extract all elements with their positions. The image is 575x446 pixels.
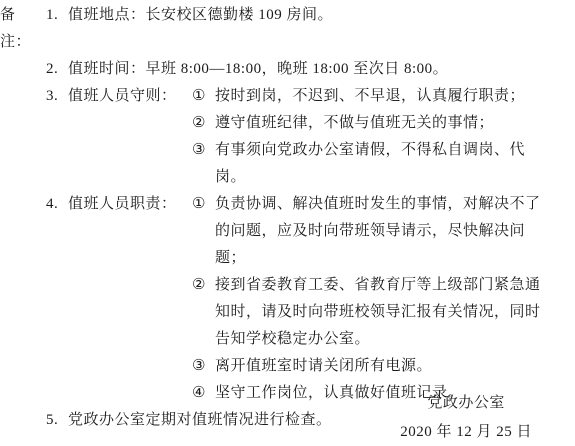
item-label: 值班人员守则： xyxy=(68,83,192,110)
subitem: ③ 离开值班室时请关闭所有电源。 xyxy=(192,353,542,380)
list-item: 3. 值班人员守则： ① 按时到岗，不迟到、不早退，认真履行职责； ② 遵守值班… xyxy=(0,83,575,191)
list-item: 4. 值班人员职责： ① 负责协调、解决值班时发生的事情，对解决不了的问题，应及… xyxy=(0,191,575,407)
subitem-text: 离开值班室时请关闭所有电源。 xyxy=(215,353,542,380)
subitem-text: 遵守值班纪律，不做与值班无关的事情； xyxy=(215,110,542,137)
note-label: 备注： xyxy=(0,2,46,56)
signature-block: 党政办公室 2020 年 12 月 25 日 xyxy=(400,389,532,446)
subitem-text: 按时到岗，不迟到、不早退，认真履行职责； xyxy=(215,83,542,110)
item-number: 5. xyxy=(46,407,68,434)
item-number: 4. xyxy=(46,191,68,218)
subitem-list: ① 按时到岗，不迟到、不早退，认真履行职责； ② 遵守值班纪律，不做与值班无关的… xyxy=(192,83,542,191)
item-number: 1. xyxy=(46,2,68,29)
subitem: ② 接到省委教育工委、省教育厅等上级部门紧急通知时，请及时向带班校领导汇报有关情… xyxy=(192,272,542,353)
item-text: 值班时间：早班 8:00—18:00，晚班 18:00 至次日 8:00。 xyxy=(68,56,575,83)
item-number: 3. xyxy=(46,83,68,110)
subitem-marker: ④ xyxy=(192,380,215,407)
subitem: ① 按时到岗，不迟到、不早退，认真履行职责； xyxy=(192,83,542,110)
subitem: ② 遵守值班纪律，不做与值班无关的事情； xyxy=(192,110,542,137)
item-number: 2. xyxy=(46,56,68,83)
list-item: 2. 值班时间：早班 8:00—18:00，晚班 18:00 至次日 8:00。 xyxy=(0,56,575,83)
subitem-marker: ③ xyxy=(192,137,215,164)
signature-date: 2020 年 12 月 25 日 xyxy=(400,418,532,446)
subitem-marker: ① xyxy=(192,191,215,218)
subitem-text: 接到省委教育工委、省教育厅等上级部门紧急通知时，请及时向带班校领导汇报有关情况，… xyxy=(215,272,542,353)
subitem-marker: ① xyxy=(192,83,215,110)
item-text: 值班地点：长安校区德勤楼 109 房间。 xyxy=(68,2,575,29)
document-page: 备注： 1. 值班地点：长安校区德勤楼 109 房间。 2. 值班时间：早班 8… xyxy=(0,0,575,446)
subitem-marker: ② xyxy=(192,110,215,137)
signature-org: 党政办公室 xyxy=(400,389,532,418)
subitem: ① 负责协调、解决值班时发生的事情，对解决不了的问题，应及时向带班领导请示，尽快… xyxy=(192,191,542,272)
subitem-list: ① 负责协调、解决值班时发生的事情，对解决不了的问题，应及时向带班领导请示，尽快… xyxy=(192,191,542,407)
subitem-text: 负责协调、解决值班时发生的事情，对解决不了的问题，应及时向带班领导请示，尽快解决… xyxy=(215,191,542,272)
item-label: 值班人员职责： xyxy=(68,191,192,218)
subitem-marker: ② xyxy=(192,272,215,299)
subitem: ③ 有事须向党政办公室请假，不得私自调岗、代岗。 xyxy=(192,137,542,191)
subitem-text: 有事须向党政办公室请假，不得私自调岗、代岗。 xyxy=(215,137,542,191)
list-item: 备注： 1. 值班地点：长安校区德勤楼 109 房间。 xyxy=(0,2,575,56)
subitem-marker: ③ xyxy=(192,353,215,380)
